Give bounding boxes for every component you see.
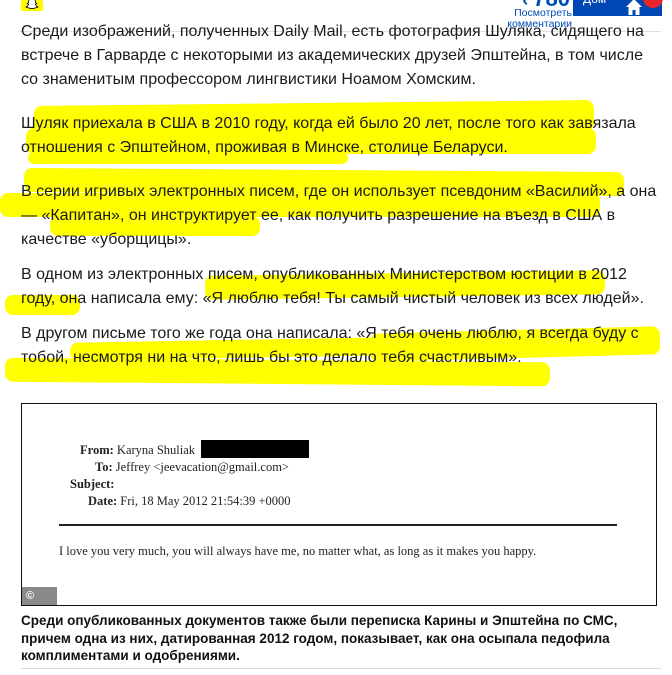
email-date-value: Fri, 18 May 2012 21:54:39 +0000 xyxy=(120,494,290,508)
article-body: Среди изображений, полученных Daily Mail… xyxy=(21,20,661,381)
email-screenshot-figure[interactable]: From: Karyna Shuliak To: Jeffrey <jeevac… xyxy=(21,403,657,606)
email-from-label: From: xyxy=(80,443,114,457)
email-from-row: From: Karyna Shuliak xyxy=(80,442,309,460)
red-badge-icon xyxy=(643,0,663,8)
email-to-row: To: Jeffrey <jeevacation@gmail.com> xyxy=(95,460,289,475)
email-to-value: Jeffrey <jeevacation@gmail.com> xyxy=(116,460,289,474)
image-credit: © DOJ xyxy=(22,587,57,605)
email-body: I love you very much, you will always ha… xyxy=(59,544,536,559)
snapchat-ghost-icon[interactable] xyxy=(21,0,43,11)
article-paragraph: Среди изображений, полученных Daily Mail… xyxy=(21,20,661,92)
email-subject-row: Subject: xyxy=(70,477,114,492)
article-paragraph: Шуляк приехала в США в 2010 году, когда … xyxy=(21,112,661,160)
email-date-row: Date: Fri, 18 May 2012 21:54:39 +0000 xyxy=(88,494,291,509)
email-from-value: Karyna Shuliak xyxy=(117,443,195,457)
article-paragraph: В одном из электронных писем, опубликова… xyxy=(21,263,661,311)
email-document: From: Karyna Shuliak To: Jeffrey <jeevac… xyxy=(22,404,656,605)
article-paragraph: В серии игривых электронных писем, где о… xyxy=(21,180,661,252)
email-to-label: To: xyxy=(95,460,113,474)
redaction-block xyxy=(201,440,309,458)
email-date-label: Date: xyxy=(88,494,117,508)
home-label: Дом xyxy=(583,0,606,6)
house-icon xyxy=(625,0,643,16)
email-divider xyxy=(59,524,617,526)
article-paragraph: В другом письме того же года она написал… xyxy=(21,322,661,370)
email-subject-label: Subject: xyxy=(70,477,114,491)
figure-caption: Среди опубликованных документов также бы… xyxy=(21,612,661,665)
home-button[interactable]: Дом xyxy=(573,0,662,16)
caption-divider xyxy=(21,668,661,669)
